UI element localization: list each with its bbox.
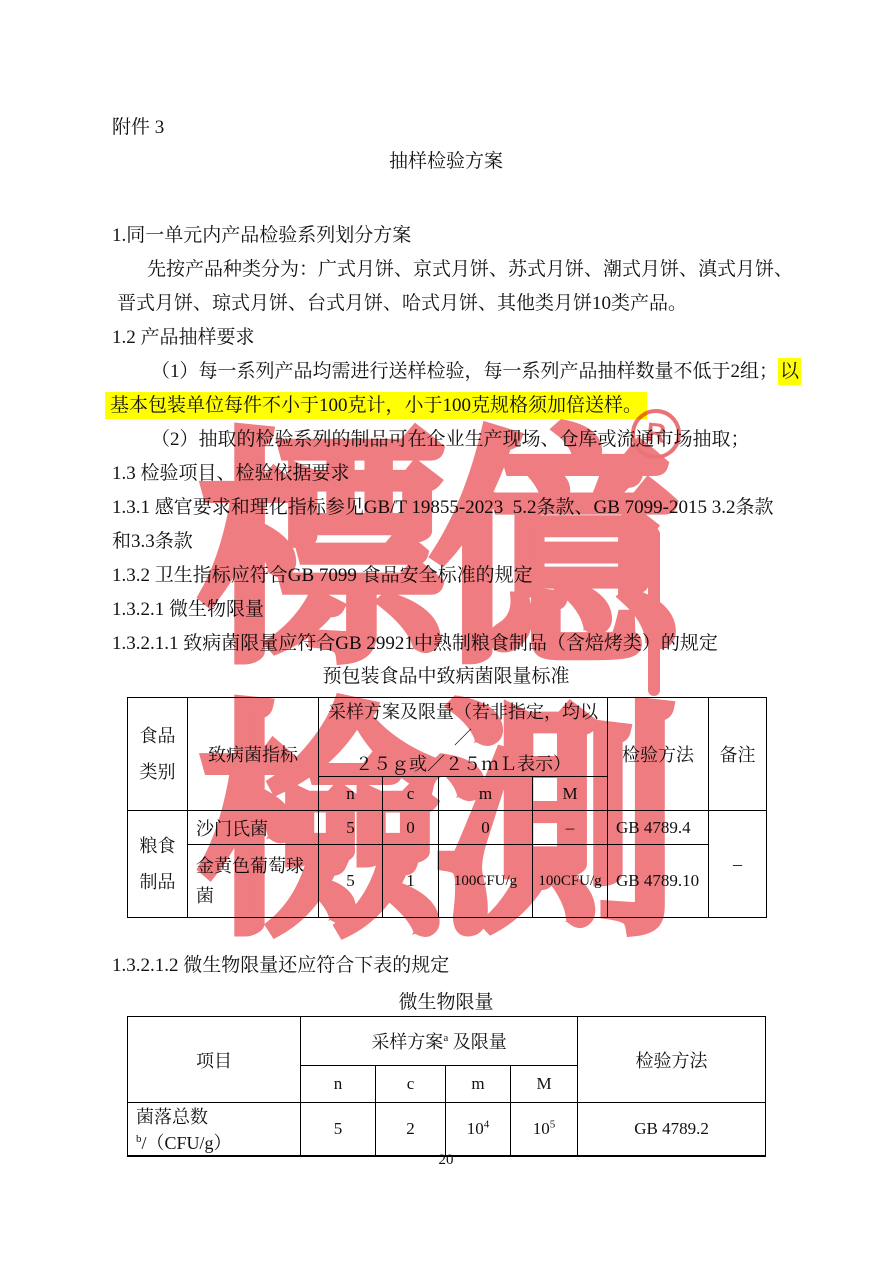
t2-header-c: c bbox=[376, 1066, 446, 1103]
attachment-label-text: 附件 3 bbox=[112, 117, 164, 138]
t2-header-m: m bbox=[446, 1066, 511, 1103]
section-1-3-2-1: 1.3.2.1 微生物限量 bbox=[112, 593, 772, 627]
table-1-caption: 预包装食品中致病菌限量标准 bbox=[0, 660, 892, 694]
item-1-highlighted-line: 基本包装单位每件不小于100克计，小于100克规格须加倍送样。 bbox=[105, 392, 647, 419]
t2-cell-item: 菌落总数b/（CFU/g） bbox=[128, 1103, 301, 1157]
header-sampling-plan-line-1: 采样方案及限量（若非指定，均以／ bbox=[324, 698, 602, 750]
cell-r2-M: 100CFU/g bbox=[533, 845, 608, 918]
t2-cell-c: 2 bbox=[376, 1103, 446, 1157]
t2-m-base: 10 bbox=[467, 1119, 484, 1138]
cell-r2-c: 1 bbox=[383, 845, 439, 918]
cell-pathogen-staph: 金黄色葡萄球菌 bbox=[188, 845, 319, 918]
cell-r2-method: GB 4789.10 bbox=[608, 845, 709, 918]
t2-header-method: 检验方法 bbox=[578, 1017, 766, 1103]
header-note: 备注 bbox=[709, 698, 767, 811]
section-1-2-heading: 1.2 产品抽样要求 bbox=[112, 321, 772, 355]
microbial-limit-table: 项目 采样方案a 及限量 检验方法 n c m M 菌落总数b/（CFU/g） … bbox=[127, 1016, 766, 1157]
section-1-2-item-2: （2）抽取的检验系列的制品可在企业生产现场、仓库或流通市场抽取； bbox=[112, 423, 772, 457]
cell-r1-c: 0 bbox=[383, 811, 439, 845]
page-number: 20 bbox=[0, 1150, 892, 1170]
section-1-3-2-1-1: 1.3.2.1.1 致病菌限量应符合GB 29921中熟制粮食制品（含焙烤类）的… bbox=[112, 627, 772, 661]
body-text: 1.同一单元内产品检验系列划分方案 先按产品种类分为：广式月饼、京式月饼、苏式月… bbox=[112, 219, 772, 661]
cell-pathogen-salmonella: 沙门氏菌 bbox=[188, 811, 319, 845]
header-method: 检验方法 bbox=[608, 698, 709, 811]
header-sampling-plan: 采样方案及限量（若非指定，均以／ ２５ｇ或／２５ｍＬ表示） bbox=[319, 698, 608, 777]
cell-r2-n: 5 bbox=[319, 845, 383, 918]
header-sampling-plan-line-2: ２５ｇ或／２５ｍＬ表示） bbox=[324, 750, 602, 776]
cell-category: 粮食制品 bbox=[128, 811, 188, 918]
section-1-3-2: 1.3.2 卫生指标应符合GB 7099 食品安全标准的规定 bbox=[112, 559, 772, 593]
section-1-3-1-line-2: 和3.3条款 bbox=[112, 525, 772, 559]
section-1-2-item-1-line-2: 基本包装单位每件不小于100克计，小于100克规格须加倍送样。 bbox=[112, 389, 772, 423]
cell-r1-method: GB 4789.4 bbox=[608, 811, 709, 845]
item-1-highlighted-char: 以 bbox=[778, 358, 801, 385]
page-title: 抽样检验方案 bbox=[0, 146, 892, 173]
t2-header-n: n bbox=[301, 1066, 376, 1103]
cell-r1-n: 5 bbox=[319, 811, 383, 845]
t2-cell-m: 104 bbox=[446, 1103, 511, 1157]
section-1-3-heading: 1.3 检验项目、检验依据要求 bbox=[112, 457, 772, 491]
header-m: m bbox=[439, 777, 533, 811]
t2-plan-text: 采样方案 bbox=[371, 1032, 443, 1052]
header-n: n bbox=[319, 777, 383, 811]
t2-cell-M: 105 bbox=[511, 1103, 578, 1157]
section-1-paragraph-line-1: 先按产品种类分为：广式月饼、京式月饼、苏式月饼、潮式月饼、滇式月饼、 bbox=[112, 253, 772, 287]
t2-M-exponent: 5 bbox=[550, 1118, 556, 1130]
t2-header-sampling-plan: 采样方案a 及限量 bbox=[301, 1017, 578, 1066]
section-1-3-2-1-2: 1.3.2.1.2 微生物限量还应符合下表的规定 bbox=[112, 949, 449, 983]
section-1-3-1-line-1: 1.3.1 感官要求和理化指标参见GB/T 19855-2023 5.2条款、G… bbox=[112, 491, 772, 525]
header-food-category: 食品类别 bbox=[128, 698, 188, 811]
header-M: M bbox=[533, 777, 608, 811]
t2-m-exponent: 4 bbox=[484, 1118, 490, 1130]
table-2-caption: 微生物限量 bbox=[0, 986, 892, 1020]
section-1-paragraph-line-2: 晋式月饼、琼式月饼、台式月饼、哈式月饼、其他类月饼10类产品。 bbox=[112, 287, 772, 321]
cell-r2-m: 100CFU/g bbox=[439, 845, 533, 918]
t2-item-text: 菌落总数 bbox=[136, 1107, 208, 1127]
cell-note: – bbox=[709, 811, 767, 918]
t2-cell-n: 5 bbox=[301, 1103, 376, 1157]
section-1-heading: 1.同一单元内产品检验系列划分方案 bbox=[112, 219, 772, 253]
t2-header-item: 项目 bbox=[128, 1017, 301, 1103]
section-1-2-item-1-line-1: （1）每一系列产品均需进行送样检验，每一系列产品抽样数量不低于2组；以 bbox=[112, 355, 772, 389]
cell-r1-m: 0 bbox=[439, 811, 533, 845]
item-1-text: （1）每一系列产品均需进行送样检验，每一系列产品抽样数量不低于2组； bbox=[151, 361, 778, 382]
document-page: 附件 3 抽样检验方案 1.同一单元内产品检验系列划分方案 先按产品种类分为：广… bbox=[0, 0, 892, 1262]
t2-plan-text-rest: 及限量 bbox=[448, 1032, 507, 1052]
pathogen-limit-table: 食品类别 致病菌指标 采样方案及限量（若非指定，均以／ ２５ｇ或／２５ｍＬ表示）… bbox=[127, 697, 767, 918]
t2-cell-method: GB 4789.2 bbox=[578, 1103, 766, 1157]
t2-M-base: 10 bbox=[533, 1119, 550, 1138]
t2-header-M: M bbox=[511, 1066, 578, 1103]
cell-r1-M: – bbox=[533, 811, 608, 845]
header-c: c bbox=[383, 777, 439, 811]
header-pathogen: 致病菌指标 bbox=[188, 698, 319, 811]
attachment-label: 附件 3 bbox=[112, 111, 164, 145]
